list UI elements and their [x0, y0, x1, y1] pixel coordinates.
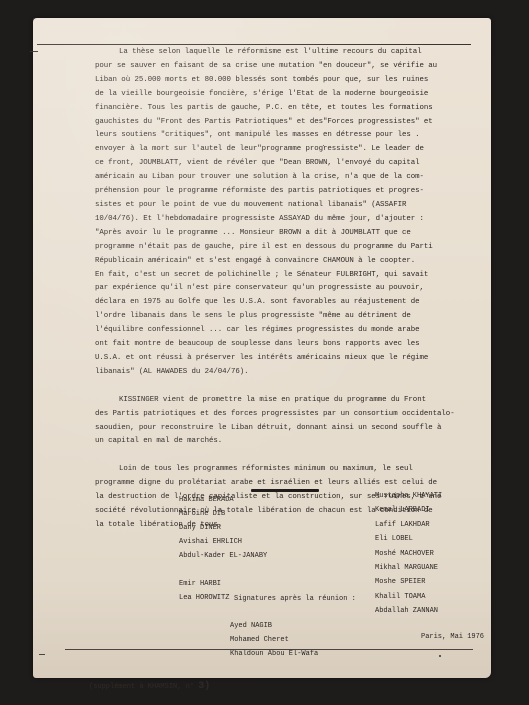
- signatory-name: Mustapha KHAYATI: [375, 489, 442, 503]
- text-line: programme n'était pas de gauche, pire il…: [95, 241, 485, 255]
- text-line: l'ordre libanais dans le sens le plus pr…: [95, 310, 485, 324]
- text-line: préhension pour le programme réformiste …: [95, 185, 485, 199]
- text-line: déclara en 1975 au Golfe que les U.S.A. …: [95, 296, 485, 310]
- signatory-name: Hakima BERADA: [179, 493, 267, 507]
- signatory-name: Abdallah ZANNAN: [375, 604, 442, 618]
- late-signatures-heading: Signatures après la réunion :: [234, 595, 356, 603]
- footer-close: ): [204, 681, 210, 692]
- footer-note: (supplément à KHAMSIN, n° 3): [89, 681, 210, 692]
- signatory-name: Lafif LAKHDAR: [375, 518, 442, 532]
- place-date: Paris, Mai 1976: [421, 633, 484, 641]
- margin-tick: [30, 51, 38, 52]
- signatory-name: Maroine DIB: [179, 507, 267, 521]
- paragraph-1: La thèse selon laquelle le réformisme es…: [95, 46, 485, 380]
- text-line: En fait, c'est un secret de polichinelle…: [95, 269, 485, 283]
- text-line: 10/04/76). Et l'hebdomadaire progressist…: [95, 213, 485, 227]
- late-signatory-name: Ayed NAGIB: [230, 619, 318, 633]
- paragraph-2: KISSINGER vient de promettre la mise en …: [95, 394, 485, 450]
- signatory-name: Kemal LARBADI: [375, 503, 442, 517]
- text-line: KISSINGER vient de promettre la mise en …: [95, 394, 485, 408]
- text-line: l'équilibre confessionnel ... car les ré…: [95, 324, 485, 338]
- signatory-name: [179, 563, 267, 577]
- signatory-name: Khalil TOAMA: [375, 590, 442, 604]
- text-line: de la vieille bourgeoisie foncière, s'ér…: [95, 88, 485, 102]
- text-line: saoudien, pour reconstruire le Liban dét…: [95, 422, 485, 436]
- text-line: La thèse selon laquelle le réformisme es…: [95, 46, 485, 60]
- signatory-name: Eli LOBEL: [375, 532, 442, 546]
- text-line: Loin de tous les programmes réformistes …: [95, 463, 485, 477]
- text-line: un capital en mal de marchés.: [95, 435, 485, 449]
- signatory-name: Abdul-Kader EL-JANABY: [179, 549, 267, 563]
- text-line: américain au Liban pour trouver une solu…: [95, 171, 485, 185]
- text-line: pour se sauver en faisant de sa crise un…: [95, 60, 485, 74]
- top-rule: [37, 44, 471, 45]
- footer-text: (supplément à KHAMSIN, n°: [89, 683, 194, 691]
- text-line: ont fait montre de beaucoup de souplesse…: [95, 338, 485, 352]
- text-line: U.S.A. et ont réussi à préserver les int…: [95, 352, 485, 366]
- signatory-name: Moshé MACHOVER: [375, 547, 442, 561]
- ink-speck: [439, 655, 441, 657]
- text-line: financière. Tous les partis de gauche, P…: [95, 102, 485, 116]
- signatory-name: Avishai EHRLICH: [179, 535, 267, 549]
- text-line: Liban où 25.000 morts et 80.000 blessés …: [95, 74, 485, 88]
- signatory-name: Moshe SPEIER: [375, 575, 442, 589]
- margin-tick: [39, 654, 45, 655]
- bottom-rule: [65, 649, 473, 650]
- text-line: libanais" (AL HAWADES du 24/04/76).: [95, 366, 485, 380]
- body-text: La thèse selon laquelle le réformisme es…: [95, 46, 485, 533]
- typewritten-page: La thèse selon laquelle le réformisme es…: [33, 18, 491, 678]
- ink-speck: [323, 145, 324, 146]
- late-signatory-name: Mohamed Cheret: [230, 633, 318, 647]
- late-signatories: Ayed NAGIBMohamed CheretKhaldoun Abou El…: [230, 619, 318, 661]
- text-line: ce front, JOUMBLATT, vient de révéler qu…: [95, 157, 485, 171]
- signatory-name: Dany DINER: [179, 521, 267, 535]
- section-divider: [251, 489, 319, 492]
- text-line: Républicain américain" et s'est engagé à…: [95, 255, 485, 269]
- text-line: leurs soutiens "critiques", ont manipulé…: [95, 129, 485, 143]
- text-line: envoyer à la mort sur l'autel de leur"pr…: [95, 143, 485, 157]
- text-line: gauchistes du "Front des Partis Patrioti…: [95, 116, 485, 130]
- text-line: sistes et pour le point de vue du mouvem…: [95, 199, 485, 213]
- text-line: par expérience qu'il n'est pire conserva…: [95, 282, 485, 296]
- text-line: des Partis patriotiques et des forces pr…: [95, 408, 485, 422]
- text-line: "Après avoir lu le programme ... Monsieu…: [95, 227, 485, 241]
- signatory-name: Emir HARBI: [179, 577, 267, 591]
- signatories-left: Hakima BERADAMaroine DIBDany DINERAvisha…: [179, 493, 267, 605]
- signatory-name: Mikhal MARGUANE: [375, 561, 442, 575]
- signatories-right: Mustapha KHAYATIKemal LARBADILafif LAKHD…: [375, 489, 442, 619]
